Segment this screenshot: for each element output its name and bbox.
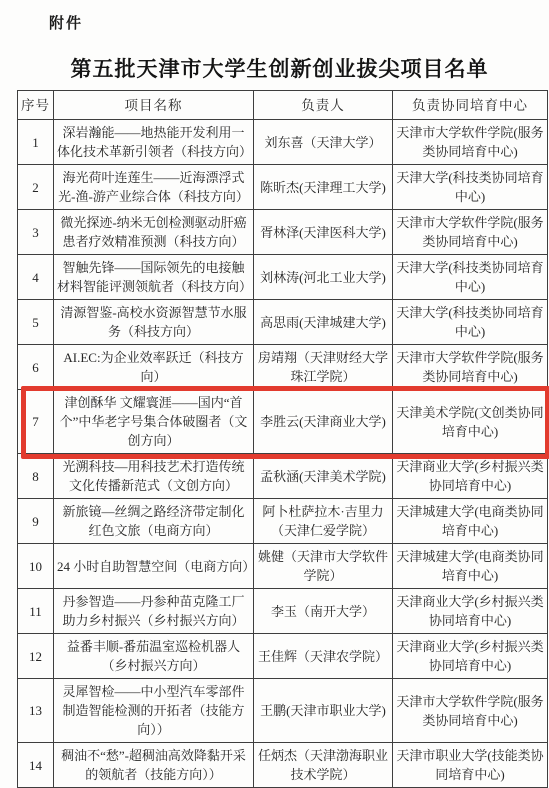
cell-cultivation-center: 天津市职业大学(技能类协同培育中心)	[393, 743, 548, 788]
cell-serial-number: 1	[18, 120, 54, 165]
cell-cultivation-center: 天津市大学软件学院(服务类协同培育中心)	[393, 679, 548, 743]
cell-serial-number: 10	[18, 544, 54, 589]
cell-project-name: 津创酥华 文耀寰涯——国内“首个”中华老字号集合体破圈者（文创方向）	[54, 390, 254, 454]
cell-cultivation-center: 天津商业大学(乡村振兴类协同培育中心)	[393, 454, 548, 499]
cell-cultivation-center: 天津市大学软件学院(服务类协同培育中心)	[393, 210, 548, 255]
cell-serial-number: 9	[18, 499, 54, 544]
cell-project-name: 智触先锋——国际领先的电接触材料智能评测领航者（科技方向）	[54, 255, 254, 300]
cell-leader: 房靖翔（天津财经大学珠江学院）	[254, 345, 393, 390]
table-row: 4智触先锋——国际领先的电接触材料智能评测领航者（科技方向）刘林涛(河北工业大学…	[18, 255, 548, 300]
cell-project-name: 24 小时自助智慧空间（电商方向）	[54, 544, 254, 589]
cell-leader: 姚健（天津市大学软件学院）	[254, 544, 393, 589]
cell-serial-number: 11	[18, 589, 54, 634]
cell-cultivation-center: 天津大学(科技类协同培育中心)	[393, 300, 548, 345]
cell-cultivation-center: 天津市大学软件学院(服务类协同培育中心)	[393, 120, 548, 165]
cell-project-name: 丹参智造——丹参种苗克隆工厂助力乡村振兴（乡村振兴方向）	[54, 589, 254, 634]
cell-cultivation-center: 天津美术学院(文创类协同培育中心)	[393, 390, 548, 454]
table-row: 8光溯科技—用科技艺术打造传统文化传播新范式（文创方向）孟秋涵(天津美术学院)天…	[18, 454, 548, 499]
cell-cultivation-center: 天津城建大学(电商类协同培育中心)	[393, 544, 548, 589]
attachment-label: 附件	[49, 12, 549, 33]
cell-project-name: 清源智鉴-高校水资源智慧节水服务（科技方向）	[54, 300, 254, 345]
cell-serial-number: 14	[18, 743, 54, 788]
table-row: 2海光荷叶连莲生——近海漂浮式光-渔-游产业综合体（科技方向）陈昕杰(天津理工大…	[18, 165, 548, 210]
cell-project-name: 光溯科技—用科技艺术打造传统文化传播新范式（文创方向）	[54, 454, 254, 499]
table-row: 9新旅镜—丝绸之路经济带定制化红色文旅（电商方向）阿卜杜萨拉木·吉里力（天津仁爱…	[18, 499, 548, 544]
header-serial-number: 序号	[18, 91, 54, 120]
table-row: 6AI.EC:为企业效率跃迁（科技方向）房靖翔（天津财经大学珠江学院）天津市大学…	[18, 345, 548, 390]
cell-project-name: 稠油不“愁”-超稠油高效降黏开采的领航者（技能方向））	[54, 743, 254, 788]
cell-serial-number: 12	[18, 634, 54, 679]
cell-serial-number: 3	[18, 210, 54, 255]
document-page: 附件 第五批天津市大学生创新创业拔尖项目名单 序号 项目名称 负责人 负责协同培…	[0, 0, 549, 788]
cell-project-name: 益番丰顺-番茄温室巡检机器人（乡村振兴方向）	[54, 634, 254, 679]
cell-cultivation-center: 天津大学(科技类协同培育中心)	[393, 255, 548, 300]
table-body: 1深岩瀚能——地热能开发利用一体化技术革新引领者（科技方向）刘东喜（天津大学）天…	[18, 120, 548, 788]
cell-serial-number: 6	[18, 345, 54, 390]
cell-cultivation-center: 天津城建大学(电商类协同培育中心)	[393, 499, 548, 544]
header-row: 序号 项目名称 负责人 负责协同培育中心	[18, 91, 548, 120]
cell-serial-number: 13	[18, 679, 54, 743]
cell-leader: 孟秋涵(天津美术学院)	[254, 454, 393, 499]
header-leader: 负责人	[254, 91, 393, 120]
cell-leader: 阿卜杜萨拉木·吉里力（天津仁爱学院）	[254, 499, 393, 544]
cell-cultivation-center: 天津商业大学(乡村振兴类协同培育中心)	[393, 589, 548, 634]
cell-project-name: 深岩瀚能——地热能开发利用一体化技术革新引领者（科技方向）	[54, 120, 254, 165]
cell-project-name: 新旅镜—丝绸之路经济带定制化红色文旅（电商方向）	[54, 499, 254, 544]
cell-leader: 高思雨(天津城建大学)	[254, 300, 393, 345]
cell-project-name: 海光荷叶连莲生——近海漂浮式光-渔-游产业综合体（科技方向）	[54, 165, 254, 210]
cell-serial-number: 5	[18, 300, 54, 345]
cell-leader: 刘林涛(河北工业大学)	[254, 255, 393, 300]
projects-table: 序号 项目名称 负责人 负责协同培育中心 1深岩瀚能——地热能开发利用一体化技术…	[17, 90, 548, 788]
cell-leader: 李玉（南开大学）	[254, 589, 393, 634]
table-row: 1深岩瀚能——地热能开发利用一体化技术革新引领者（科技方向）刘东喜（天津大学）天…	[18, 120, 548, 165]
table-row: 7津创酥华 文耀寰涯——国内“首个”中华老字号集合体破圈者（文创方向）李胜云(天…	[18, 390, 548, 454]
header-cultivation-center: 负责协同培育中心	[393, 91, 548, 120]
cell-leader: 陈昕杰(天津理工大学)	[254, 165, 393, 210]
cell-leader: 胥林泽(天津医科大学)	[254, 210, 393, 255]
table-row: 11丹参智造——丹参种苗克隆工厂助力乡村振兴（乡村振兴方向）李玉（南开大学）天津…	[18, 589, 548, 634]
cell-project-name: 灵犀智检——中小型汽车零部件制造智能检测的开拓者（技能方向））	[54, 679, 254, 743]
table-row: 13灵犀智检——中小型汽车零部件制造智能检测的开拓者（技能方向））王鹏(天津市职…	[18, 679, 548, 743]
cell-leader: 王鹏(天津市职业大学)	[254, 679, 393, 743]
table-row: 3微光探迹-纳米无创检测驱动肝癌患者疗效精准预测（科技方向）胥林泽(天津医科大学…	[18, 210, 548, 255]
cell-serial-number: 8	[18, 454, 54, 499]
cell-cultivation-center: 天津大学(科技类协同培育中心)	[393, 165, 548, 210]
table-row: 12益番丰顺-番茄温室巡检机器人（乡村振兴方向）王佳辉（天津农学院）天津商业大学…	[18, 634, 548, 679]
page-title: 第五批天津市大学生创新创业拔尖项目名单	[10, 53, 549, 83]
cell-serial-number: 4	[18, 255, 54, 300]
cell-serial-number: 2	[18, 165, 54, 210]
cell-serial-number: 7	[18, 390, 54, 454]
cell-project-name: AI.EC:为企业效率跃迁（科技方向）	[54, 345, 254, 390]
header-project-name: 项目名称	[54, 91, 254, 120]
cell-cultivation-center: 天津市大学软件学院(服务类协同培育中心)	[393, 345, 548, 390]
cell-project-name: 微光探迹-纳米无创检测驱动肝癌患者疗效精准预测（科技方向）	[54, 210, 254, 255]
cell-cultivation-center: 天津商业大学(乡村振兴类协同培育中心)	[393, 634, 548, 679]
cell-leader: 王佳辉（天津农学院）	[254, 634, 393, 679]
cell-leader: 李胜云(天津商业大学)	[254, 390, 393, 454]
table-row: 14稠油不“愁”-超稠油高效降黏开采的领航者（技能方向））任炳杰（天津渤海职业技…	[18, 743, 548, 788]
cell-leader: 刘东喜（天津大学）	[254, 120, 393, 165]
table-row: 1024 小时自助智慧空间（电商方向）姚健（天津市大学软件学院）天津城建大学(电…	[18, 544, 548, 589]
table-row: 5清源智鉴-高校水资源智慧节水服务（科技方向）高思雨(天津城建大学)天津大学(科…	[18, 300, 548, 345]
cell-leader: 任炳杰（天津渤海职业技术学院）	[254, 743, 393, 788]
